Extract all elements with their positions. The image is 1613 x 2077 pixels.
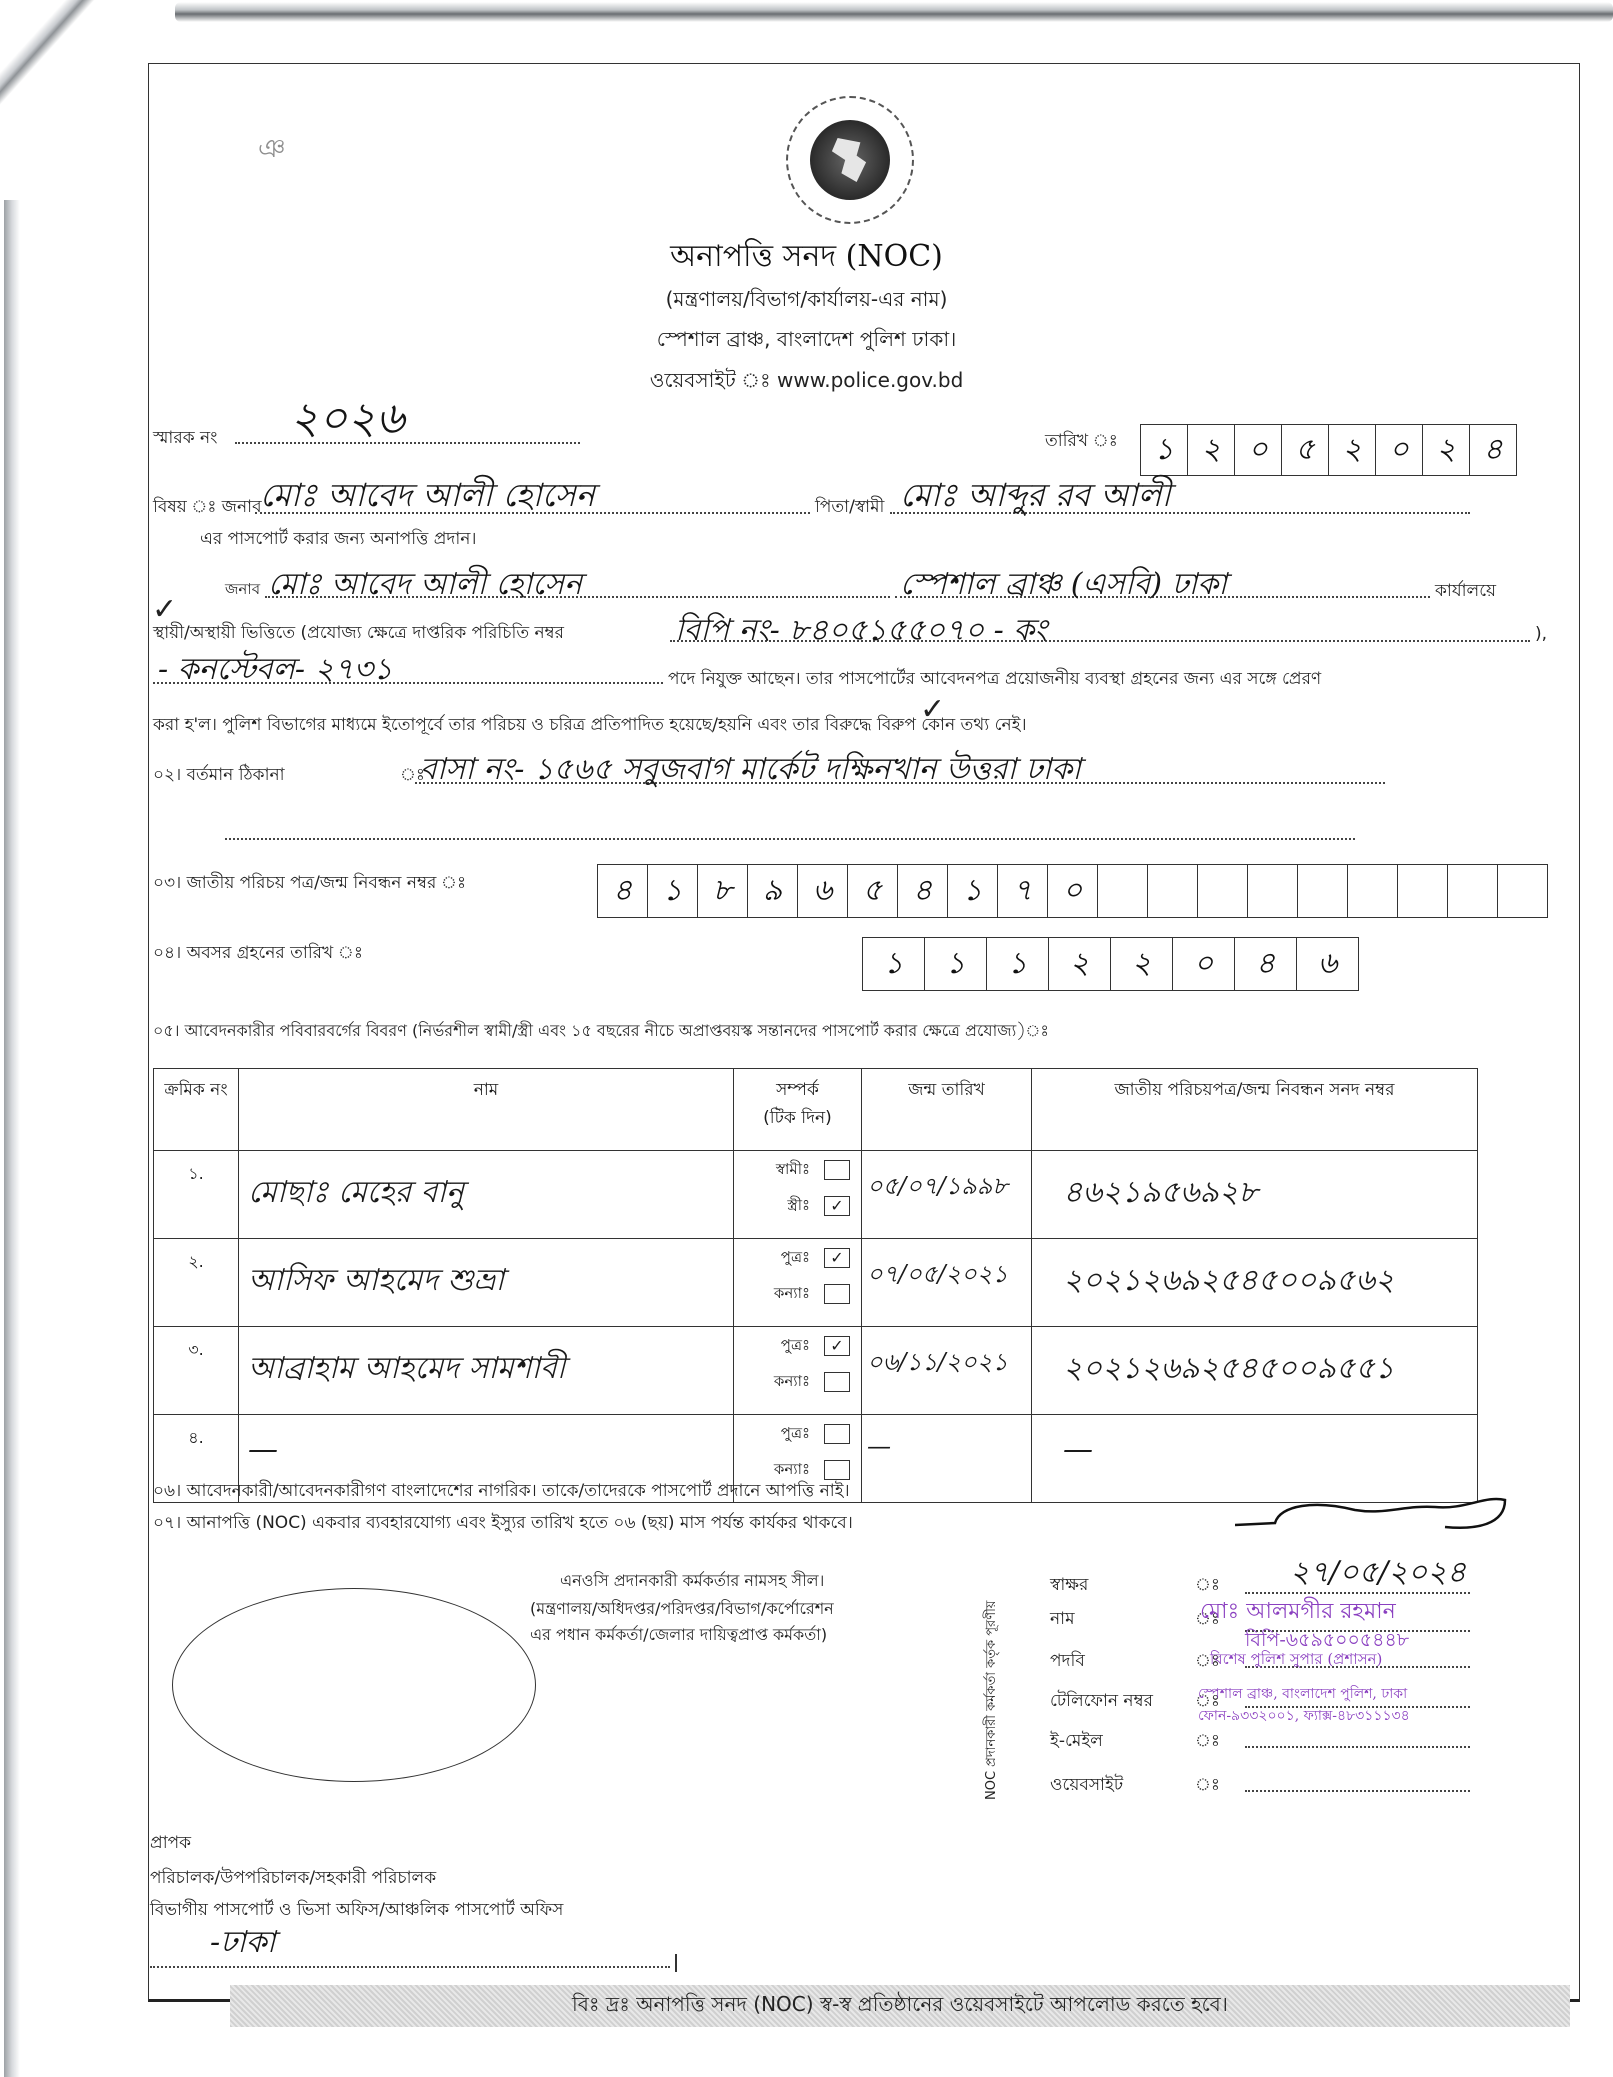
address-field-line2[interactable] — [225, 838, 1355, 840]
relation-option-label: পুত্রঃ — [781, 1422, 810, 1447]
subject-label: বিষয় ঃ জনাব — [153, 494, 262, 522]
digit-box[interactable] — [1298, 865, 1348, 917]
digit-box[interactable]: ১ — [948, 865, 998, 917]
digit-box[interactable]: ৪ — [598, 865, 648, 917]
row-serial: ১. — [154, 1151, 239, 1239]
scan-edge — [4, 200, 20, 2077]
row-serial: ৩. — [154, 1327, 239, 1415]
digit-box[interactable]: ২ — [1111, 938, 1173, 990]
office-name-value: স্পেশাল ব্রাঞ্চ (এসবি) ঢাকা — [900, 560, 1227, 611]
email-label: ই-মেইল — [1050, 1728, 1103, 1756]
memo-field[interactable] — [235, 442, 580, 444]
id-value: বিপি নং- ৮৪০৫১৫৫০৭০ - কং — [675, 606, 1047, 657]
retirement-label: ০৪। অবসর গ্রহনের তারিখ ঃ — [153, 940, 363, 968]
government-emblem-icon — [786, 96, 914, 224]
office-suffix: কার্যালয়ে — [1435, 578, 1496, 606]
family-table: ক্রমিক নং নাম সম্পর্ক(টিক দিন) জন্ম তারি… — [153, 1068, 1478, 1503]
vertical-note: NOC প্রদানকারী কর্মকর্তা কর্তৃক পূরণীয় — [982, 1601, 1003, 1800]
row-dob[interactable]: — — [862, 1415, 1032, 1503]
website-label: ওয়েবসাইট — [1050, 1772, 1123, 1800]
relation-option-label: পুত্রঃ — [781, 1334, 810, 1359]
nid-boxes[interactable]: ৪১৮৯৬৫৪১৭০ — [597, 864, 1548, 918]
row-dob[interactable]: ০৬/১১/২০২১ — [862, 1327, 1032, 1415]
relation-checkbox[interactable] — [824, 1372, 850, 1392]
digit-box[interactable]: ৪ — [1235, 938, 1297, 990]
id-label: স্থায়ী/অস্থায়ী ভিত্তিতে (প্রযোজ্য ক্ষে… — [153, 620, 564, 648]
subject-name-value: মোঃ আবেদ আলী হোসেন — [260, 470, 595, 524]
table-row: ১.মোছাঃ মেহের বানুস্বামীঃস্ত্রীঃ✓০৫/০৭/১… — [154, 1151, 1478, 1239]
digit-box[interactable] — [1148, 865, 1198, 917]
post-suffix: পদে নিযুক্ত আছেন। তার পাসপোর্টের আবেদনপত… — [668, 666, 1321, 694]
address-label: ০২। বর্তমান ঠিকানা — [153, 762, 285, 790]
row-relation: পুত্রঃ✓কন্যাঃ — [734, 1327, 862, 1415]
phone-label: টেলিফোন নম্বর — [1050, 1688, 1153, 1716]
phone-office-stamp: স্পেশাল ব্রাঞ্চ, বাংলাদেশ পুলিশ, ঢাকা — [1198, 1682, 1407, 1706]
relation-checkbox[interactable]: ✓ — [824, 1336, 850, 1356]
digit-box[interactable]: ১ — [648, 865, 698, 917]
digit-box[interactable]: ১ — [863, 938, 925, 990]
digit-box[interactable]: ৯ — [748, 865, 798, 917]
document-title: অনাপত্তি সনদ (NOC) — [0, 232, 1613, 283]
ministry-line: (মন্ত্রণালয়/বিভাগ/কার্যালয়-এর নাম) — [0, 285, 1613, 318]
digit-box[interactable]: ৭ — [998, 865, 1048, 917]
digit-box[interactable]: ৪ — [1470, 425, 1516, 475]
seal-line1: এনওসি প্রদানকারী কর্মকর্তার নামসহ সীল। — [560, 1568, 824, 1595]
declaration-6: ০৬। আবেদনকারী/আবেদনকারীগণ বাংলাদেশের নাগ… — [153, 1478, 850, 1506]
col-serial: ক্রমিক নং — [154, 1069, 239, 1151]
digit-box[interactable]: ১ — [925, 938, 987, 990]
row-name[interactable]: আসিফ আহমেদ শুভ্রা — [239, 1239, 734, 1327]
row-nid[interactable]: ২০২১২৬৯২৫৪৫০০৯৫৫১ — [1032, 1327, 1478, 1415]
relation-checkbox[interactable]: ✓ — [824, 1196, 850, 1216]
digit-box[interactable]: ১ — [1141, 425, 1188, 475]
paren-close: ), — [1535, 624, 1547, 644]
row-nid[interactable]: ২০২১২৬৯২৫৪৫০০৯৫৬২ — [1032, 1239, 1478, 1327]
post-value: - কনস্টেবল- ২৭৩১ — [158, 645, 393, 696]
digit-box[interactable]: ০ — [1376, 425, 1423, 475]
digit-box[interactable] — [1348, 865, 1398, 917]
digit-box[interactable]: ০ — [1235, 425, 1282, 475]
designation-label: পদবি — [1050, 1648, 1085, 1676]
digit-box[interactable] — [1448, 865, 1498, 917]
recipient-field[interactable] — [150, 1966, 670, 1968]
col-relation: সম্পর্ক(টিক দিন) — [734, 1069, 862, 1151]
row-relation: স্বামীঃস্ত্রীঃ✓ — [734, 1151, 862, 1239]
table-row: ৩.আব্রাহাম আহমেদ সামশাবীপুত্রঃ✓কন্যাঃ০৬/… — [154, 1327, 1478, 1415]
relation-option-label: কন্যাঃ — [774, 1282, 810, 1307]
seal-area — [172, 1588, 536, 1782]
colon: ঃ — [1195, 1772, 1220, 1800]
divider — [675, 1954, 677, 1972]
footer-note: বিঃ দ্রঃ অনাপত্তি সনদ (NOC) স্ব-স্ব প্রত… — [230, 1985, 1570, 2027]
pencil-mark: ঞ — [258, 128, 285, 172]
designation-stamp: বিশেষ পুলিশ সুপার (প্রশাসন) — [1210, 1648, 1382, 1673]
declaration-7: ০৭। আনাপত্তি (NOC) একবার ব্যবহারযোগ্য এব… — [153, 1510, 853, 1538]
digit-box[interactable]: ১ — [987, 938, 1049, 990]
para-end: করা হ'ল। পুলিশ বিভাগের মাধ্যমে ইতোপূর্বে… — [153, 712, 1027, 740]
phone-stamp: ফোন-৯৩৩২০০১, ফ্যাক্স-৪৮৩১১১৩৪ — [1198, 1704, 1410, 1728]
relation-option-label: পুত্রঃ — [781, 1246, 810, 1271]
date-label: তারিখ ঃ — [1045, 428, 1118, 456]
address-value: বাসা নং- ১৫৬৫ সবুজবাগ মার্কেট দক্ষিনখান … — [420, 745, 1081, 796]
digit-box[interactable]: ৫ — [848, 865, 898, 917]
relation-checkbox[interactable] — [824, 1160, 850, 1180]
relation-option-label: কন্যাঃ — [774, 1370, 810, 1395]
memo-label: স্মারক নং — [153, 425, 217, 453]
scan-edge — [175, 2, 1613, 22]
digit-box[interactable]: ৬ — [1297, 938, 1358, 990]
row-name[interactable]: আব্রাহাম আহমেদ সামশাবী — [239, 1327, 734, 1415]
retirement-date-boxes[interactable]: ১১১২২০৪৬ — [862, 937, 1359, 991]
col-dob: জন্ম তারিখ — [862, 1069, 1032, 1151]
relation-checkbox[interactable] — [824, 1460, 850, 1480]
row-dob[interactable]: ০৭/০৫/২০২১ — [862, 1239, 1032, 1327]
seal-line3: এর পধান কর্মকর্তা/জেলার দায়িত্বপ্রাপ্ত … — [530, 1622, 827, 1649]
digit-box[interactable]: ৬ — [798, 865, 848, 917]
scan-edge — [0, 0, 169, 118]
digit-box[interactable]: ৫ — [1282, 425, 1329, 475]
digit-box[interactable]: ০ — [1173, 938, 1235, 990]
name-label: নাম — [1050, 1606, 1075, 1634]
father-name-value: মোঃ আব্দুর রব আলী — [900, 470, 1171, 524]
website-line: ওয়েবসাইট ঃ www.police.gov.bd — [0, 366, 1613, 399]
memo-value: ২০২৬ — [290, 385, 404, 458]
digit-box[interactable]: ৮ — [698, 865, 748, 917]
digit-box[interactable]: ২ — [1423, 425, 1470, 475]
relation-checkbox[interactable] — [824, 1284, 850, 1304]
digit-box[interactable] — [1198, 865, 1248, 917]
subject-line2: এর পাসপোর্ট করার জন্য অনাপত্তি প্রদান। — [200, 526, 477, 554]
digit-box[interactable] — [1098, 865, 1148, 917]
website-field[interactable] — [1245, 1790, 1470, 1792]
date-boxes[interactable]: ১২০৫২০২৪ — [1140, 424, 1517, 476]
row-nid[interactable]: ৪৬২১৯৫৬৯২৮ — [1032, 1151, 1478, 1239]
relation-checkbox[interactable] — [824, 1424, 850, 1444]
recipient-office: -ঢাকা — [210, 1918, 276, 1969]
digit-box[interactable]: ৪ — [898, 865, 948, 917]
digit-box[interactable] — [1248, 865, 1298, 917]
table-row: ২.আসিফ আহমেদ শুভ্রাপুত্রঃ✓কন্যাঃ০৭/০৫/২০… — [154, 1239, 1478, 1327]
relation-checkbox[interactable]: ✓ — [824, 1248, 850, 1268]
row-relation: পুত্রঃ✓কন্যাঃ — [734, 1239, 862, 1327]
colon: ঃ — [1195, 1728, 1220, 1756]
sign-label: স্বাক্ষর — [1050, 1572, 1088, 1600]
row-serial: ২. — [154, 1239, 239, 1327]
digit-box[interactable] — [1498, 865, 1547, 917]
nid-label: ০৩। জাতীয় পরিচয় পত্র/জন্ম নিবন্ধন নম্ব… — [153, 870, 466, 898]
mr-name-value: মোঃ আবেদ আলী হোসেন — [268, 560, 582, 611]
col-name: নাম — [239, 1069, 734, 1151]
recipient-line1: পরিচালক/উপপরিচালক/সহকারী পরিচালক — [150, 1865, 436, 1893]
digit-box[interactable]: ২ — [1329, 425, 1376, 475]
col-nid: জাতীয় পরিচয়পত্র/জন্ম নিবন্ধন সনদ নম্বর — [1032, 1069, 1478, 1151]
digit-box[interactable]: ২ — [1049, 938, 1111, 990]
relation-option-label: স্ত্রীঃ — [787, 1194, 810, 1219]
father-label: পিতা/স্বামী — [815, 494, 884, 522]
office-line: স্পেশাল ব্রাঞ্চ, বাংলাদেশ পুলিশ ঢাকা। — [0, 325, 1613, 358]
digit-box[interactable] — [1398, 865, 1448, 917]
row-dob[interactable]: ০৫/০৭/১৯৯৮ — [862, 1151, 1032, 1239]
digit-box[interactable]: ০ — [1048, 865, 1098, 917]
email-field[interactable] — [1245, 1746, 1470, 1748]
family-heading: ০৫। আবেদনকারীর পবিবারবর্গের বিবরণ (নির্ভ… — [153, 1018, 1049, 1045]
seal-line2: (মন্ত্রণালয়/অধিদপ্তর/পরিদপ্তর/বিভাগ/কর্… — [530, 1596, 834, 1623]
mr-label: জনাব — [225, 578, 260, 603]
row-nid[interactable]: — — [1032, 1415, 1478, 1503]
recipient-label: প্রাপক — [150, 1830, 191, 1858]
digit-box[interactable]: ২ — [1188, 425, 1235, 475]
row-name[interactable]: মোছাঃ মেহের বানু — [239, 1151, 734, 1239]
relation-option-label: স্বামীঃ — [776, 1158, 810, 1183]
